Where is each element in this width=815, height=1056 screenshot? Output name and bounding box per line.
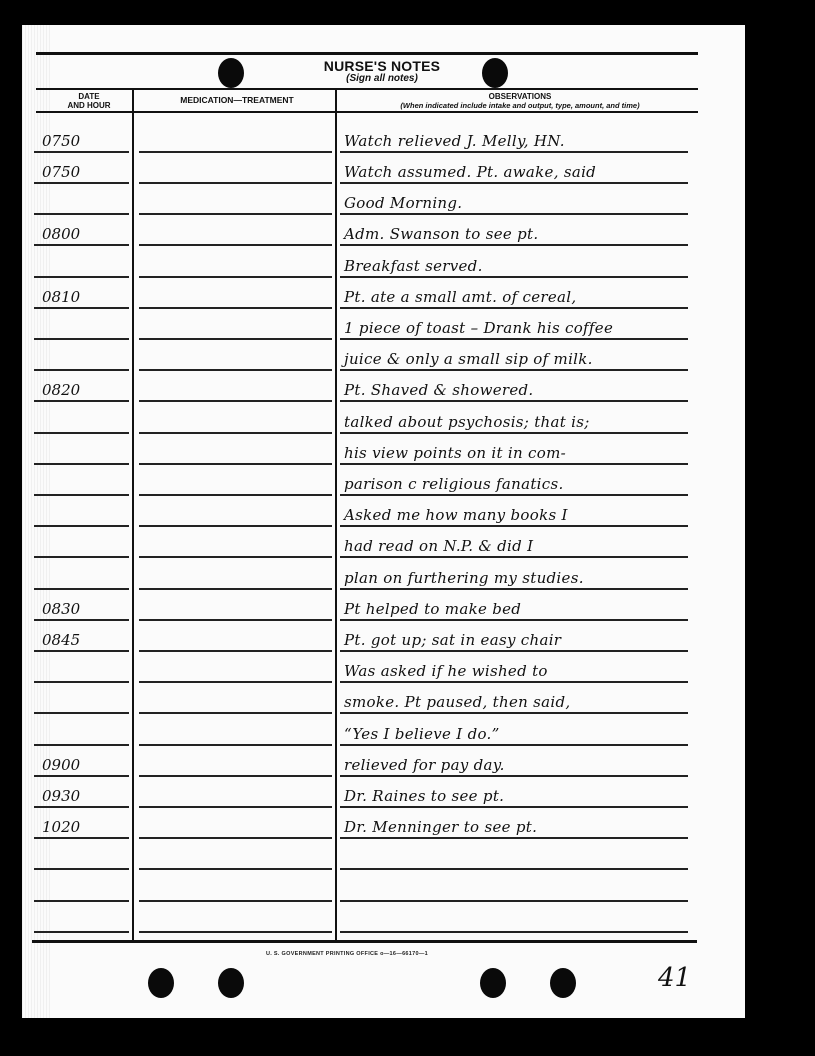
entry-observation: Pt. got up; sat in easy chair (344, 631, 694, 649)
entry-observation: Dr. Menninger to see pt. (344, 818, 694, 836)
entry-observation: Pt. ate a small amt. of cereal, (344, 288, 694, 306)
punch-hole-icon (218, 968, 244, 998)
column-header-observations: OBSERVATIONS (When indicated include int… (340, 92, 700, 110)
table-row (22, 902, 745, 933)
top-rule (36, 52, 698, 55)
column-header-rule (36, 111, 698, 113)
table-row: 0810Pt. ate a small amt. of cereal, (22, 278, 745, 309)
table-row: had read on N.P. & did I (22, 527, 745, 558)
entry-observation: Good Morning. (344, 194, 694, 212)
form-header: NURSE'S NOTES (Sign all notes) (272, 58, 492, 84)
entry-time: 0930 (42, 787, 127, 805)
table-row: 0800Adm. Swanson to see pt. (22, 215, 745, 246)
entry-time: 0830 (42, 600, 127, 618)
row-rule (340, 931, 688, 933)
column-header-date-hour: DATE AND HOUR (44, 92, 134, 110)
entry-observation: Watch assumed. Pt. awake, said (344, 163, 694, 181)
entry-observation: Breakfast served. (344, 257, 694, 275)
entry-observation: relieved for pay day. (344, 756, 694, 774)
punch-hole-icon (480, 968, 506, 998)
printer-imprint: U. S. GOVERNMENT PRINTING OFFICE o—16—66… (266, 951, 428, 957)
entry-observation: juice & only a small sip of milk. (344, 350, 694, 368)
column-header-observations-title: OBSERVATIONS (340, 92, 700, 101)
column-header-medication: MEDICATION—TREATMENT (137, 96, 337, 105)
form-title: NURSE'S NOTES (272, 58, 492, 74)
row-rule (139, 931, 332, 933)
page-number: 41 (658, 963, 691, 993)
entry-observation: had read on N.P. & did I (344, 537, 694, 555)
entry-observation: Pt. Shaved & showered. (344, 381, 694, 399)
column-header-observations-sub: (When indicated include intake and outpu… (340, 101, 700, 110)
entry-observation: parison c religious fanatics. (344, 475, 694, 493)
header-rule (36, 88, 698, 90)
row-rule (34, 931, 129, 933)
table-row: Good Morning. (22, 184, 745, 215)
table-row: smoke. Pt paused, then said, (22, 683, 745, 714)
entry-observation: Asked me how many books I (344, 506, 694, 524)
entry-observation: Pt helped to make bed (344, 600, 694, 618)
entry-observation: 1 piece of toast – Drank his coffee (344, 319, 694, 337)
entry-observation: his view points on it in com- (344, 444, 694, 462)
entry-observation: smoke. Pt paused, then said, (344, 693, 694, 711)
table-row (22, 839, 745, 870)
entry-time: 0900 (42, 756, 127, 774)
table-row: Was asked if he wished to (22, 652, 745, 683)
table-row: 0930Dr. Raines to see pt. (22, 777, 745, 808)
entry-observation: plan on furthering my studies. (344, 569, 694, 587)
table-row: juice & only a small sip of milk. (22, 340, 745, 371)
table-row: parison c religious fanatics. (22, 465, 745, 496)
entry-time: 0820 (42, 381, 127, 399)
entry-observation: Watch relieved J. Melly, HN. (344, 132, 694, 150)
nurses-notes-form: NURSE'S NOTES (Sign all notes) DATE AND … (22, 25, 745, 1018)
table-row: 0900relieved for pay day. (22, 746, 745, 777)
punch-hole-icon (550, 968, 576, 998)
entry-observation: Was asked if he wished to (344, 662, 694, 680)
entry-time: 1020 (42, 818, 127, 836)
form-subtitle: (Sign all notes) (272, 73, 492, 84)
table-row: plan on furthering my studies. (22, 559, 745, 590)
entry-observation: “Yes I believe I do.” (344, 725, 694, 743)
table-row: 0750Watch assumed. Pt. awake, said (22, 153, 745, 184)
table-row (22, 871, 745, 902)
entry-time: 0800 (42, 225, 127, 243)
table-row: his view points on it in com- (22, 434, 745, 465)
entry-observation: talked about psychosis; that is; (344, 413, 694, 431)
table-row: 0820Pt. Shaved & showered. (22, 371, 745, 402)
column-header-date-line1: DATE (44, 92, 134, 101)
entry-observation: Dr. Raines to see pt. (344, 787, 694, 805)
table-row: 0845Pt. got up; sat in easy chair (22, 621, 745, 652)
table-row: 1020Dr. Menninger to see pt. (22, 808, 745, 839)
bottom-rule (32, 940, 697, 943)
table-row: 0830Pt helped to make bed (22, 590, 745, 621)
entry-time: 0810 (42, 288, 127, 306)
table-row: talked about psychosis; that is; (22, 403, 745, 434)
entry-time: 0845 (42, 631, 127, 649)
punch-hole-icon (148, 968, 174, 998)
entry-time: 0750 (42, 132, 127, 150)
table-row: “Yes I believe I do.” (22, 715, 745, 746)
table-row: Breakfast served. (22, 247, 745, 278)
table-row: Asked me how many books I (22, 496, 745, 527)
column-header-date-line2: AND HOUR (44, 101, 134, 110)
table-row: 0750Watch relieved J. Melly, HN. (22, 122, 745, 153)
entry-time: 0750 (42, 163, 127, 181)
punch-hole-icon (218, 58, 244, 88)
table-row: 1 piece of toast – Drank his coffee (22, 309, 745, 340)
entry-observation: Adm. Swanson to see pt. (344, 225, 694, 243)
